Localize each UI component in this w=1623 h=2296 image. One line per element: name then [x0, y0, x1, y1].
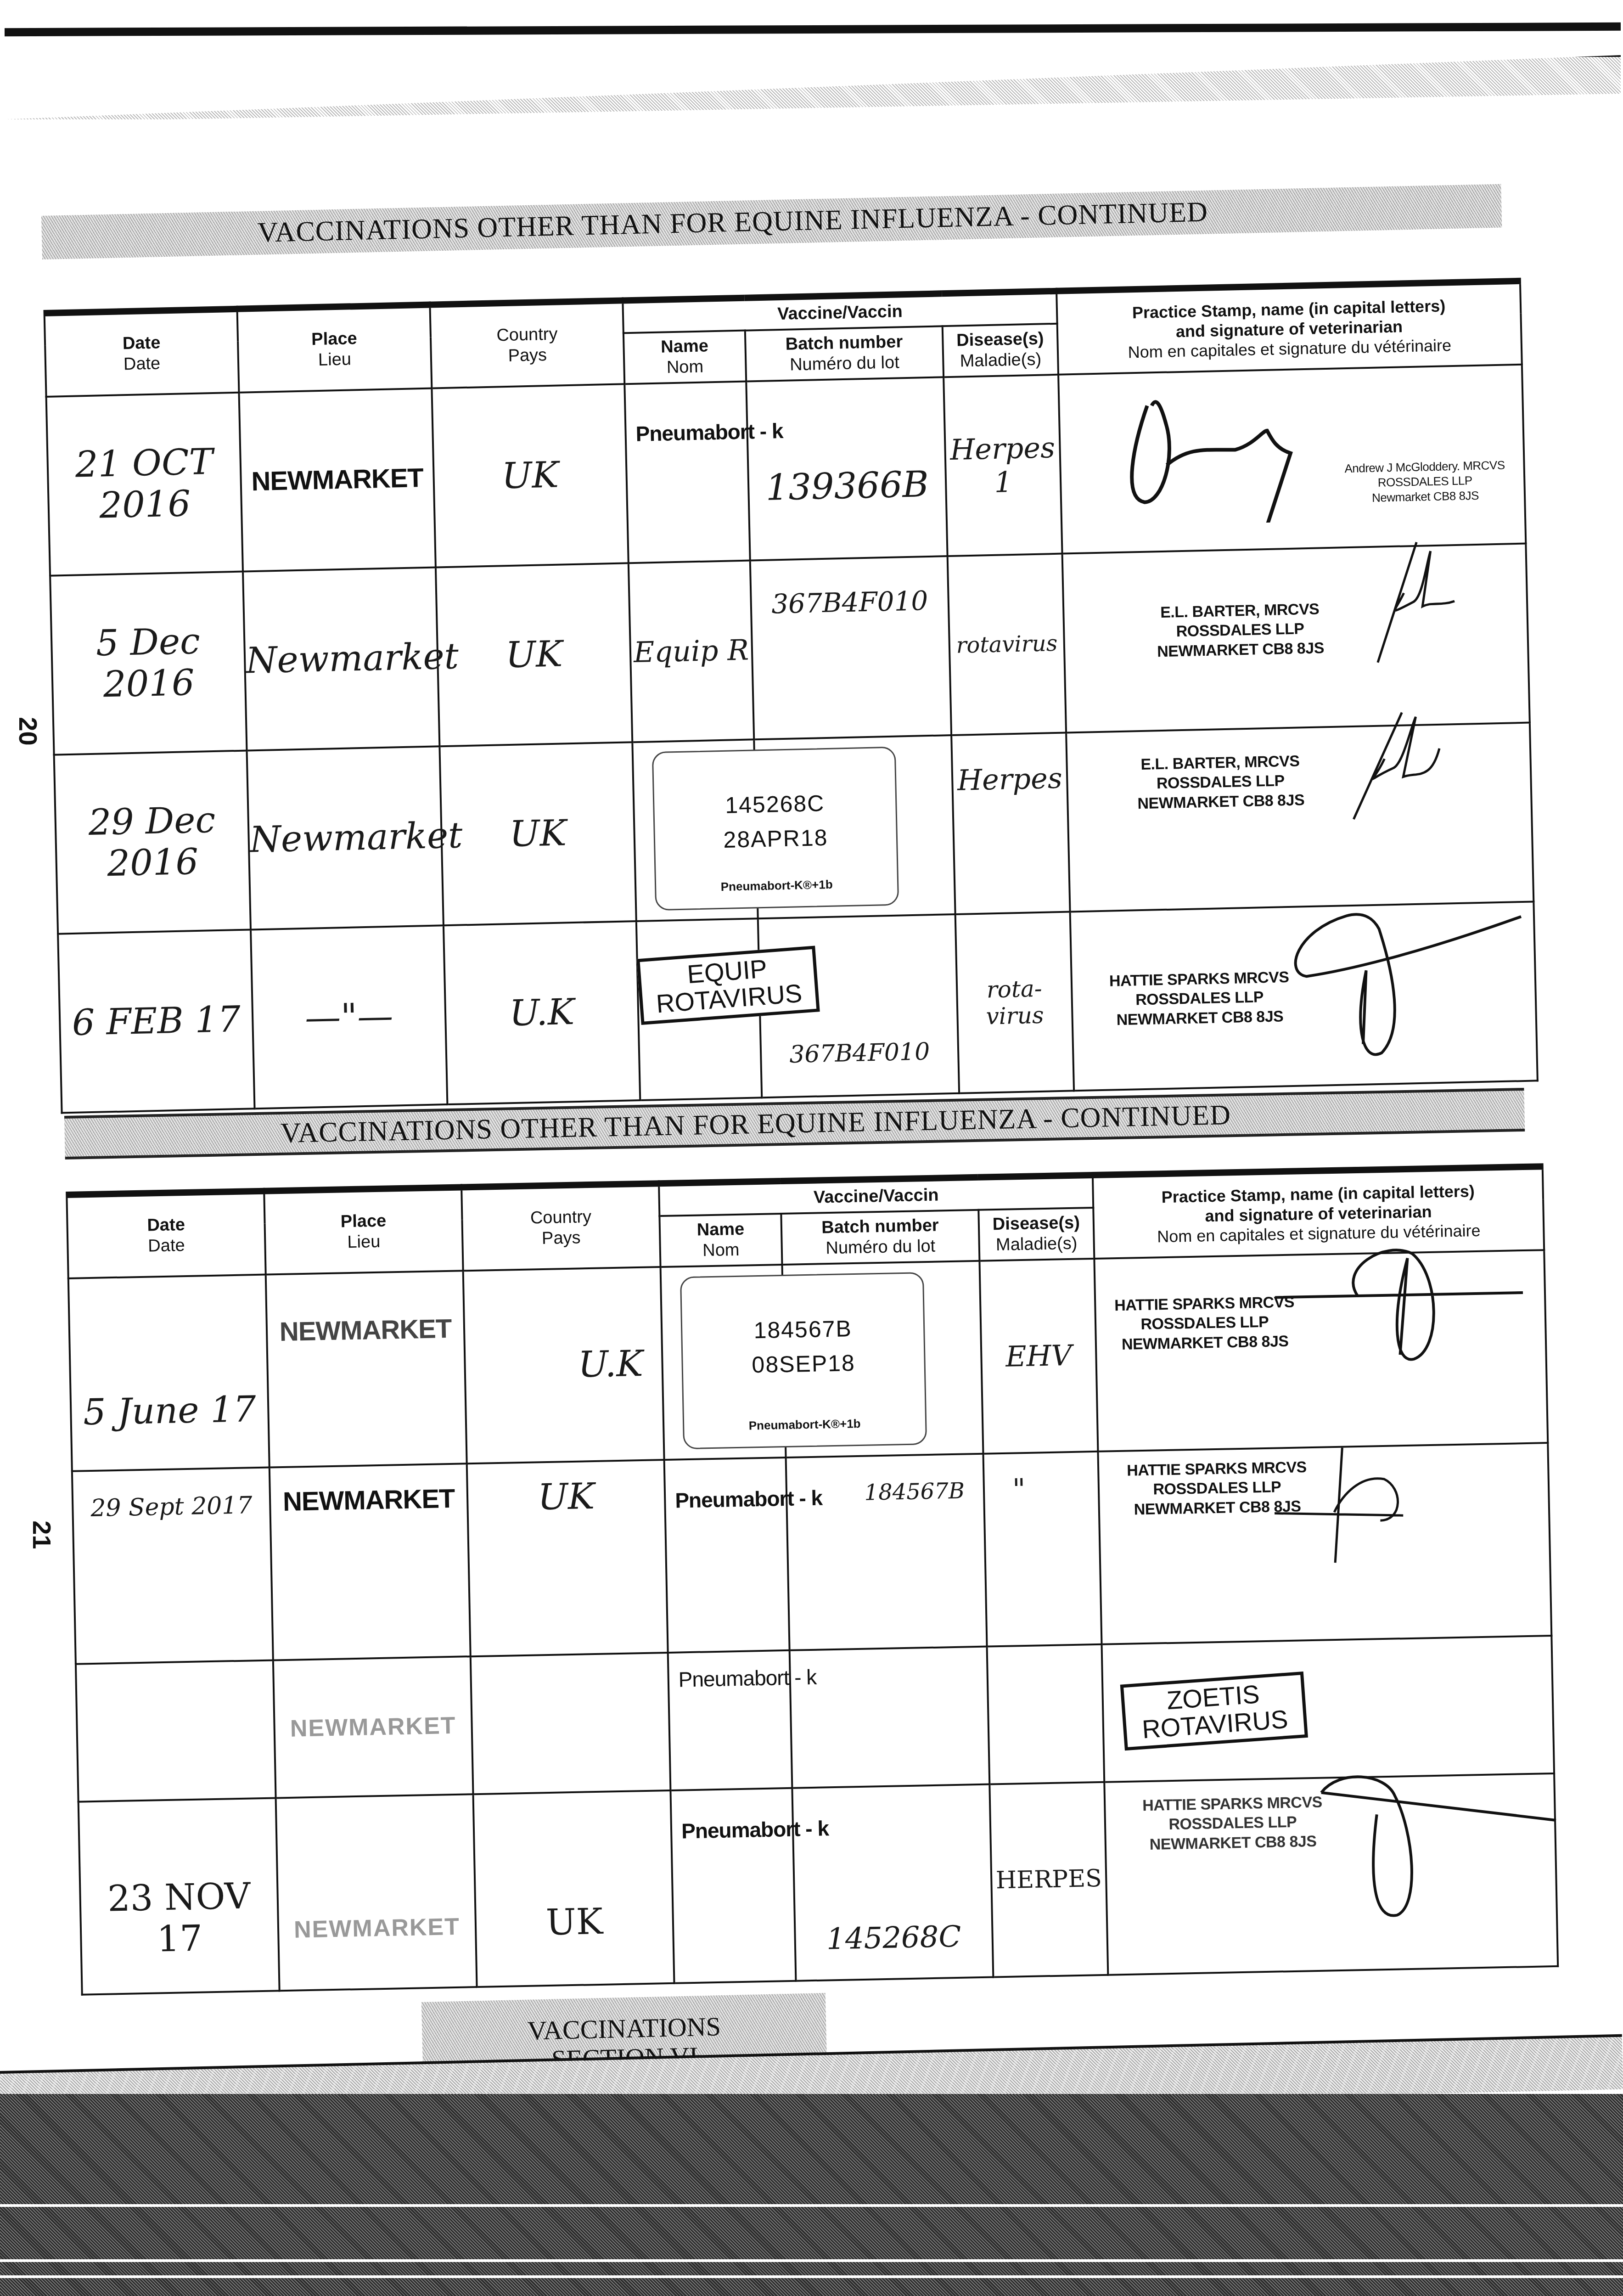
- header-en: Name: [626, 335, 743, 358]
- vet-stamp: HATTIE SPARKS MRCVS ROSSDALES LLP NEWMAR…: [1142, 1792, 1323, 1854]
- cell-disease: Herpes 1: [943, 375, 1062, 556]
- col-header-vet: Practice Stamp, name (in capital letters…: [1056, 281, 1522, 375]
- cell-place: NEWMARKET: [266, 1271, 467, 1467]
- col-header-name: Name Nom: [659, 1214, 782, 1267]
- scan-top-edge: [0, 0, 1623, 152]
- col-header-batch: Batch number Numéro du lot: [781, 1210, 979, 1264]
- header-fr: Lieu: [241, 348, 429, 372]
- cell-place: —"—: [251, 925, 447, 1109]
- cell-date: [76, 1660, 276, 1801]
- signature-icon: [1264, 1441, 1459, 1573]
- practice-address: NEWMARKET CB8 8JS: [1137, 790, 1305, 813]
- cell-place: Newmarket: [247, 746, 444, 929]
- scan-stripe: [0, 2204, 1623, 2207]
- col-header-date: Date Date: [45, 309, 239, 397]
- vaccine-label-sticker: 184567B 08SEP18 Pneumabort-K®+1b: [680, 1272, 927, 1449]
- cell-vaccine-name: Pneumabort - k: [670, 1788, 796, 1983]
- cell-disease: [987, 1644, 1105, 1784]
- header-fr: Date: [48, 352, 236, 377]
- header-fr: Date: [70, 1234, 263, 1259]
- label-lot: 145268C: [725, 786, 826, 823]
- cell-batch: 145268C: [792, 1784, 993, 1981]
- cell-date: 21 OCT 2016: [46, 392, 243, 575]
- label-expiry: 28APR18: [723, 821, 829, 857]
- cell-vaccine-name: Pneumabort - k: [668, 1650, 792, 1790]
- table-row: 23 NOV 17 NEWMARKET UK Pneumabort - k 14…: [79, 1773, 1558, 1995]
- vaccine-box-stamp: EQUIP ROTAVIRUS: [636, 945, 820, 1024]
- cell-disease: Herpes: [951, 732, 1070, 914]
- cell-disease: HERPES: [989, 1782, 1108, 1977]
- practice-name: ROSSDALES LLP: [1143, 1812, 1323, 1835]
- cell-disease: rota-virus: [955, 912, 1074, 1093]
- cell-country: UK: [467, 1460, 668, 1656]
- vet-stamp: E.L. BARTER, MRCVS ROSSDALES LLP NEWMARK…: [1156, 599, 1324, 661]
- col-header-disease: Disease(s) Maladie(s): [943, 323, 1058, 377]
- cell-batch: 367B4F010: [750, 556, 951, 739]
- page-number-20: 20: [13, 717, 43, 745]
- page-edge-bar: [5, 23, 1621, 36]
- signature-icon: [1227, 898, 1529, 1070]
- cell-place: NEWMARKET: [239, 388, 435, 571]
- table-row: 29 Sept 2017 NEWMARKET UK Pneumabort - k…: [72, 1443, 1551, 1664]
- header-fr: Numéro du lot: [784, 1235, 977, 1260]
- header-en: Date: [70, 1213, 262, 1238]
- cell-vet: Andrew J McGloddery. MRCVS ROSSDALES LLP…: [1058, 365, 1526, 554]
- col-header-place: Place Lieu: [237, 305, 432, 393]
- cell-vaccine-name: Equip R: [629, 560, 754, 742]
- scan-stripe: [0, 2259, 1623, 2262]
- header-en: Name: [663, 1218, 779, 1241]
- cell-vaccine-name: Pneumabort - k: [624, 381, 750, 563]
- cell-place: NEWMARKET: [270, 1463, 471, 1660]
- header-fr: Lieu: [268, 1230, 460, 1255]
- cell-place: Newmarket: [243, 567, 439, 750]
- page-number-21: 21: [27, 1520, 57, 1549]
- label-product: Pneumabort-K®+1b: [749, 1417, 861, 1433]
- cell-vet: E.L. BARTER, MRCVS ROSSDALES LLP NEWMARK…: [1066, 722, 1533, 912]
- cell-date: 23 NOV 17: [79, 1798, 280, 1994]
- col-header-date: Date Date: [67, 1191, 265, 1278]
- cell-vet: HATTIE SPARKS MRCVS ROSSDALES LLP NEWMAR…: [1098, 1443, 1551, 1644]
- cell-disease: rotavirus: [948, 553, 1066, 735]
- header-en: Disease(s): [981, 1212, 1091, 1235]
- signature-icon: [1303, 1765, 1563, 1936]
- col-header-country: Country Pays: [461, 1183, 660, 1271]
- scan-bottom-dark-edge: [0, 2094, 1623, 2296]
- header-en: Country: [465, 1205, 657, 1230]
- signature-icon: [1115, 383, 1356, 526]
- table-row: 6 FEB 17 —"— U.K EQUIP ROTAVIRUS 367B4F0…: [58, 901, 1538, 1113]
- vaccination-section-1: VACCINATIONS OTHER THAN FOR EQUINE INFLU…: [41, 184, 1539, 1114]
- vaccination-table-2: Date Date Place Lieu Country Pays Vaccin…: [66, 1163, 1559, 1995]
- cell-country: U.K: [444, 921, 640, 1104]
- table-row: 5 Dec 2016 Newmarket UK Equip R 367B4F01…: [50, 543, 1530, 754]
- cell-country: UK: [439, 742, 636, 925]
- header-fr: Pays: [433, 343, 621, 368]
- zoetis-rotavirus-stamp: ZOETIS ROTAVIRUS: [1120, 1671, 1308, 1750]
- cell-date: 5 Dec 2016: [50, 571, 247, 754]
- header-en: Disease(s): [945, 328, 1055, 352]
- cell-vaccine-name: Pneumabort - k: [664, 1458, 790, 1653]
- cell-vet: HATTIE SPARKS MRCVS ROSSDALES LLP NEWMAR…: [1094, 1250, 1548, 1452]
- header-fr: Numéro du lot: [748, 352, 941, 377]
- page-fold-shadow: [5, 55, 1621, 119]
- vet-stamp: E.L. BARTER, MRCVS ROSSDALES LLP NEWMARK…: [1136, 751, 1304, 813]
- cell-date: 6 FEB 17: [58, 929, 254, 1113]
- signature-icon: [1348, 536, 1488, 667]
- cell-batch: 139366B: [746, 377, 947, 560]
- cell-country: UK: [473, 1790, 674, 1987]
- cell-batch: [790, 1646, 990, 1788]
- tab-line-1: VACCINATIONS: [527, 2012, 721, 2045]
- cell-vet: ZOETIS ROTAVIRUS: [1102, 1636, 1555, 1782]
- section-title: VACCINATIONS OTHER THAN FOR EQUINE INFLU…: [280, 1099, 1231, 1150]
- signature-icon: [1324, 707, 1464, 829]
- header-en: Vaccine/Vaccin: [626, 298, 1055, 328]
- col-header-country: Country Pays: [430, 300, 624, 388]
- col-header-disease: Disease(s) Maladie(s): [978, 1208, 1094, 1261]
- practice-name: ROSSDALES LLP: [1137, 771, 1304, 794]
- header-fr: Nom: [627, 356, 743, 379]
- header-en: Vaccine/Vaccin: [662, 1182, 1090, 1211]
- label-product: Pneumabort-K®+1b: [720, 878, 832, 894]
- section-title-banner: VACCINATIONS OTHER THAN FOR EQUINE INFLU…: [41, 184, 1502, 259]
- col-header-name: Name Nom: [623, 330, 746, 384]
- cell-date: 29 Dec 2016: [54, 750, 251, 934]
- table-row: 29 Dec 2016 Newmarket UK 145268C 28APR18…: [54, 722, 1534, 934]
- col-header-place: Place Lieu: [264, 1187, 463, 1274]
- cell-vaccine-name: 184567B 08SEP18 Pneumabort-K®+1b: [661, 1265, 786, 1460]
- cell-disease: ": [983, 1452, 1101, 1647]
- header-fr: Maladie(s): [946, 349, 1056, 372]
- cell-place: NEWMARKET: [273, 1656, 473, 1798]
- practice-address: NEWMARKET CB8 8JS: [1143, 1831, 1323, 1854]
- col-header-batch: Batch number Numéro du lot: [745, 326, 943, 382]
- table-row: 21 OCT 2016 NEWMARKET UK Pneumabort - k …: [46, 365, 1526, 576]
- header-fr: Maladie(s): [982, 1233, 1091, 1256]
- label-expiry: 08SEP18: [752, 1346, 856, 1382]
- vaccination-table-1: Date Date Place Lieu Country Pays Vaccin…: [43, 278, 1538, 1114]
- header-fr: Nom: [663, 1239, 779, 1262]
- cell-place: NEWMARKET: [276, 1794, 477, 1991]
- signature-icon: [1265, 1237, 1543, 1389]
- scan-stripe: [0, 2275, 1623, 2278]
- cell-date: 29 Sept 2017: [72, 1467, 273, 1664]
- cell-disease: EHV: [979, 1259, 1098, 1454]
- cell-country: UK: [436, 563, 632, 746]
- cell-vet: HATTIE SPARKS MRCVS ROSSDALES LLP NEWMAR…: [1070, 901, 1538, 1091]
- cell-vet: HATTIE SPARKS MRCVS ROSSDALES LLP NEWMAR…: [1104, 1773, 1558, 1975]
- vet-stamp: Andrew J McGloddery. MRCVS ROSSDALES LLP…: [1344, 457, 1505, 506]
- vaccine-label-sticker: 145268C 28APR18 Pneumabort-K®+1b: [652, 746, 899, 911]
- practice-name: ROSSDALES LLP: [1157, 619, 1324, 642]
- cell-vet: E.L. BARTER, MRCVS ROSSDALES LLP NEWMARK…: [1062, 543, 1530, 732]
- section-title: VACCINATIONS OTHER THAN FOR EQUINE INFLU…: [257, 196, 1208, 249]
- practice-address: NEWMARKET CB8 8JS: [1157, 638, 1325, 661]
- cell-country: UK: [432, 384, 628, 567]
- header-fr: Pays: [465, 1227, 657, 1251]
- cell-country: [471, 1653, 671, 1794]
- practice-address: Newmarket CB8 8JS: [1345, 487, 1506, 506]
- header-en: Place: [267, 1209, 460, 1234]
- vaccination-section-2: VACCINATIONS OTHER THAN FOR EQUINE INFLU…: [64, 1087, 1559, 1995]
- label-lot: 184567B: [753, 1311, 853, 1348]
- cell-country: U.K: [463, 1267, 664, 1463]
- cell-batch: 184567B: [786, 1453, 987, 1650]
- cell-vaccine-name: 145268C 28APR18 Pneumabort-K®+1b: [632, 739, 758, 921]
- cell-date: 5 June 17: [68, 1274, 270, 1471]
- header-en: Batch number: [784, 1215, 977, 1239]
- cell-vaccine-name: EQUIP ROTAVIRUS: [636, 918, 762, 1100]
- table-row: 5 June 17 NEWMARKET U.K 184567B 08SEP18 …: [68, 1250, 1548, 1471]
- vet-name: HATTIE SPARKS MRCVS: [1142, 1792, 1322, 1815]
